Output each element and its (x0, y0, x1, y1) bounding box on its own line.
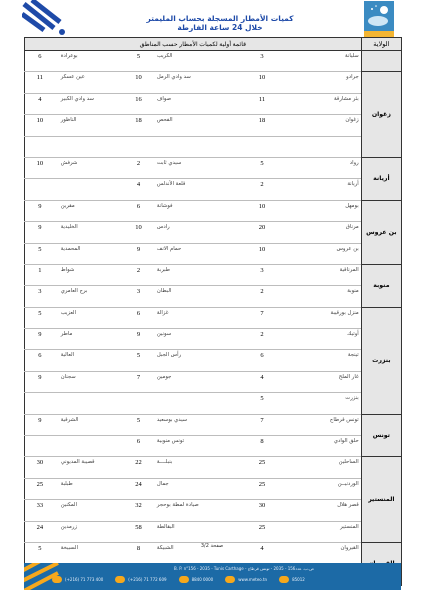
station-name-1 (276, 136, 361, 157)
station-name-2: تونس منوبية (153, 436, 248, 457)
wilaya-cell: بن عروس (361, 200, 401, 264)
rainfall-value-3: 3 (25, 286, 55, 307)
national-meteorology-institute-logo (364, 1, 394, 37)
rainfall-value-1: 7 (248, 307, 277, 328)
rainfall-value-3: 1 (25, 264, 55, 285)
website-link[interactable]: www.meteo.tn (238, 577, 267, 582)
rainfall-value-3 (25, 436, 55, 457)
station-name-1: بئر مشارقة (276, 93, 361, 114)
rainfall-value-2: 6 (124, 307, 153, 328)
station-name-3: العزيب (55, 307, 124, 328)
footer-phone: (+216) 71 773 400 (52, 576, 103, 583)
station-name-1: الوردنيــن (276, 478, 361, 499)
rainfall-value-3: 30 (25, 457, 55, 478)
rainfall-value-3: 9 (25, 329, 55, 350)
rainfall-value-1: 25 (248, 478, 277, 499)
rainfall-value-3 (25, 393, 55, 414)
station-name-3: سد وادي الكبير (55, 93, 124, 114)
hotline-icon (179, 576, 189, 583)
station-name-2: طبربة (153, 264, 248, 285)
station-name-2: البقالطة (153, 521, 248, 542)
station-name-1: أريانة (276, 179, 361, 200)
rainfall-value-1: 10 (248, 200, 277, 221)
rainfall-value-2: 22 (124, 457, 153, 478)
station-name-1: غار الملح (276, 371, 361, 392)
table-row: منوبة2البطان3برج العامري3 (25, 286, 402, 307)
rainfall-value-1: 4 (248, 371, 277, 392)
rainfall-value-2: 58 (124, 521, 153, 542)
station-name-1: أوتيك (276, 329, 361, 350)
station-name-1: جرادو (276, 72, 361, 93)
rainfall-value-2: 10 (124, 222, 153, 243)
footer-band: B. P. n°156 - 2035 - Tunis Carthage - ص.… (24, 563, 401, 590)
rainfall-value-3: 6 (25, 350, 55, 371)
document-title: كميات الأمطار المسجلة بحساب المليمتر خلا… (120, 14, 320, 32)
table-row: أوتيك2سونين9ماطر9 (25, 329, 402, 350)
station-name-1: المنستير (276, 521, 361, 542)
rainfall-value-3 (25, 179, 55, 200)
rainfall-value-1: 20 (248, 222, 277, 243)
rainfall-value-1: 3 (248, 264, 277, 285)
rainfall-value-2: 3 (124, 286, 153, 307)
rainfall-value-1: 30 (248, 500, 277, 521)
footer-contacts: (+216) 71 773 400 (+216) 71 772 609 8840… (52, 576, 305, 583)
rainfall-value-2: 5 (124, 350, 153, 371)
rainfall-value-2: 9 (124, 243, 153, 264)
hotline-text: 8840 0000 (192, 577, 214, 582)
phone-icon (52, 576, 62, 583)
rainfall-value-2: 32 (124, 500, 153, 521)
phone-text: (+216) 71 773 400 (65, 577, 103, 582)
rainfall-value-2: 2 (124, 157, 153, 178)
rainfall-value-3: 9 (25, 371, 55, 392)
rainfall-value-1: 8 (248, 436, 277, 457)
rainfall-value-1: 10 (248, 72, 277, 93)
rainfall-value-2: 16 (124, 93, 153, 114)
station-name-3: شرفش (55, 157, 124, 178)
rainfall-value-2: 5 (124, 414, 153, 435)
institute-stripes-logo (22, 0, 67, 36)
rainfall-value-3: 11 (25, 72, 55, 93)
station-name-1: بومهل (276, 200, 361, 221)
table-row: سليانة3الكريب5بوعرادة6 (25, 51, 402, 72)
station-name-3 (55, 393, 124, 414)
rainfall-value-3: 10 (25, 157, 55, 178)
station-name-1: مرناق (276, 222, 361, 243)
station-name-1: زغوان (276, 115, 361, 136)
table-row: مرناق20رادس10الخليدية9 (25, 222, 402, 243)
station-name-1: منزل بورقيبة (276, 307, 361, 328)
station-name-2: الكريب (153, 51, 248, 72)
table-row: بن عروسبومهل10فوشانة6مقرين9 (25, 200, 402, 221)
station-name-3 (55, 136, 124, 157)
station-name-1: بنزرت (276, 393, 361, 414)
station-name-1: الساحلين (276, 457, 361, 478)
rainfall-value-3: 4 (25, 93, 55, 114)
station-name-1: بن عروس (276, 243, 361, 264)
sms-text: 85012 (292, 577, 305, 582)
station-name-3: عين عسكر (55, 72, 124, 93)
footer-hotline: 8840 0000 (179, 576, 214, 583)
station-name-2: الفحص (153, 115, 248, 136)
wilaya-cell: منوبة (361, 264, 401, 307)
station-name-3: المكنين (55, 500, 124, 521)
rainfall-value-2: 18 (124, 115, 153, 136)
station-name-3: العالية (55, 350, 124, 371)
station-name-3 (55, 436, 124, 457)
rainfall-value-1 (248, 136, 277, 157)
rainfall-value-1: 2 (248, 179, 277, 200)
rainfall-value-1: 25 (248, 457, 277, 478)
table-row: منوبةالمرناقية3طبربة2شواط1 (25, 264, 402, 285)
table-row: أريانة2قلعة الأندلس4 (25, 179, 402, 200)
station-name-3: بوعرادة (55, 51, 124, 72)
rainfall-value-1: 3 (248, 51, 277, 72)
station-name-2: جمال (153, 478, 248, 499)
station-name-2: صواف (153, 93, 248, 114)
station-name-1: تينجة (276, 350, 361, 371)
station-name-3: ماطر (55, 329, 124, 350)
station-name-1: منوبة (276, 286, 361, 307)
station-name-2 (153, 393, 248, 414)
station-name-2: سيدي بوسعيد (153, 414, 248, 435)
rainfall-value-3: 10 (25, 115, 55, 136)
station-name-3: برج العامري (55, 286, 124, 307)
table-row: حلق الوادي8تونس منوبية6 (25, 436, 402, 457)
station-name-3: الشرقية (55, 414, 124, 435)
station-name-3: طبلبة (55, 478, 124, 499)
table-row: غار الملح4جومين7سجنان9 (25, 371, 402, 392)
station-name-2: سد وادي الرمل (153, 72, 248, 93)
rainfall-value-3: 5 (25, 307, 55, 328)
station-name-3: مقرين (55, 200, 124, 221)
station-name-3: الناظور (55, 115, 124, 136)
station-name-3: شواط (55, 264, 124, 285)
station-name-1: قصر هلال (276, 500, 361, 521)
rainfall-value-2: 7 (124, 371, 153, 392)
sms-icon (279, 576, 289, 583)
rainfall-value-2 (124, 136, 153, 157)
table-row: زغوان18الفحص18الناظور10 (25, 115, 402, 136)
table-row: تينجة6رأس الجبل5العالية6 (25, 350, 402, 371)
station-name-2: جومين (153, 371, 248, 392)
footer-sms: 85012 (279, 576, 305, 583)
wilaya-cell: أريانة (361, 157, 401, 200)
table-row: بن عروس10حمام الانف9المحمدية5 (25, 243, 402, 264)
wilaya-cell: بنزرت (361, 307, 401, 414)
rainfall-value-3: 6 (25, 51, 55, 72)
station-name-3: زرمدين (55, 521, 124, 542)
table-row: زغوانجرادو10سد وادي الرمل10عين عسكر11 (25, 72, 402, 93)
rainfall-value-2: 6 (124, 200, 153, 221)
station-name-1: رواد (276, 157, 361, 178)
footer-website[interactable]: www.meteo.tn (225, 576, 267, 583)
station-name-2 (153, 136, 248, 157)
page-number: صفحة 3/2 (0, 543, 424, 549)
rainfall-value-1: 7 (248, 414, 277, 435)
station-name-2: غزالة (153, 307, 248, 328)
table-row: أريانةرواد5سيدي ثابت2شرفش10 (25, 157, 402, 178)
rainfall-value-3: 25 (25, 478, 55, 499)
rainfall-value-1: 18 (248, 115, 277, 136)
station-name-1: حلق الوادي (276, 436, 361, 457)
rainfall-value-1: 5 (248, 157, 277, 178)
rainfall-value-1: 10 (248, 243, 277, 264)
station-name-2: صيادة لمطة بوحجر (153, 500, 248, 521)
station-name-1: المرناقية (276, 264, 361, 285)
rainfall-value-1: 2 (248, 329, 277, 350)
station-name-3: الخليدية (55, 222, 124, 243)
footer-fax: (+216) 71 772 609 (115, 576, 166, 583)
fax-icon (115, 576, 125, 583)
footer-address: B. P. n°156 - 2035 - Tunis Carthage - ص.… (114, 566, 374, 571)
wilaya-cell: تونس (361, 414, 401, 457)
table-row: المنستير25البقالطة58زرمدين24 (25, 521, 402, 542)
wilaya-cell: المنستير (361, 457, 401, 543)
station-name-2: حمام الانف (153, 243, 248, 264)
rainfall-value-2: 2 (124, 264, 153, 285)
rainfall-value-1: 2 (248, 286, 277, 307)
title-line-2: خلال 24 ساعة الفارطة (120, 23, 320, 32)
rainfall-value-3: 24 (25, 521, 55, 542)
rainfall-value-3: 9 (25, 414, 55, 435)
station-name-2: رأس الجبل (153, 350, 248, 371)
rainfall-value-1: 25 (248, 521, 277, 542)
wilaya-cell (361, 51, 401, 72)
table-row: بنزرتمنزل بورقيبة7غزالة6العزيب5 (25, 307, 402, 328)
table-row: تونستونس قرطاج7سيدي بوسعيد5الشرقية9 (25, 414, 402, 435)
station-name-2: سونين (153, 329, 248, 350)
table-row: الوردنيــن25جمال24طبلبة25 (25, 478, 402, 499)
station-name-3 (55, 179, 124, 200)
station-name-1: سليانة (276, 51, 361, 72)
rainfall-value-2: 4 (124, 179, 153, 200)
table-row: بئر مشارقة11صواف16سد وادي الكبير4 (25, 93, 402, 114)
table-row: بنزرت5 (25, 393, 402, 414)
header-main: قائمة أولية لكميات الأمطار حسب المناطق (25, 38, 362, 51)
rainfall-value-3: 9 (25, 222, 55, 243)
rainfall-value-3: 5 (25, 243, 55, 264)
rainfall-value-2: 6 (124, 436, 153, 457)
rainfall-value-1: 11 (248, 93, 277, 114)
station-name-2: رادس (153, 222, 248, 243)
rainfall-value-2: 24 (124, 478, 153, 499)
rainfall-value-1: 5 (248, 393, 277, 414)
station-name-3: سجنان (55, 371, 124, 392)
station-name-1: تونس قرطاج (276, 414, 361, 435)
rainfall-value-1: 6 (248, 350, 277, 371)
station-name-2: سيدي ثابت (153, 157, 248, 178)
wilaya-cell: زغوان (361, 72, 401, 158)
web-icon (225, 576, 235, 583)
station-name-2: البطان (153, 286, 248, 307)
rainfall-value-3 (25, 136, 55, 157)
table-row (25, 136, 402, 157)
station-name-2: بنبلــــة (153, 457, 248, 478)
rainfall-table: الولاية قائمة أولية لكميات الأمطار حسب ا… (24, 37, 402, 586)
table-row: المنستيرالساحلين25بنبلــــة22قصيبة المدي… (25, 457, 402, 478)
rainfall-value-2: 9 (124, 329, 153, 350)
station-name-2: قلعة الأندلس (153, 179, 248, 200)
title-line-1: كميات الأمطار المسجلة بحساب المليمتر (120, 14, 320, 23)
header-wilaya: الولاية (361, 38, 401, 51)
station-name-3: المحمدية (55, 243, 124, 264)
rainfall-value-3: 33 (25, 500, 55, 521)
rainfall-value-2: 10 (124, 72, 153, 93)
station-name-3: قصيبة المديوني (55, 457, 124, 478)
fax-text: (+216) 71 772 609 (128, 577, 166, 582)
rainfall-value-3: 9 (25, 200, 55, 221)
table-row: قصر هلال30صيادة لمطة بوحجر32المكنين33 (25, 500, 402, 521)
station-name-2: فوشانة (153, 200, 248, 221)
rainfall-value-2: 5 (124, 51, 153, 72)
rainfall-value-2 (124, 393, 153, 414)
